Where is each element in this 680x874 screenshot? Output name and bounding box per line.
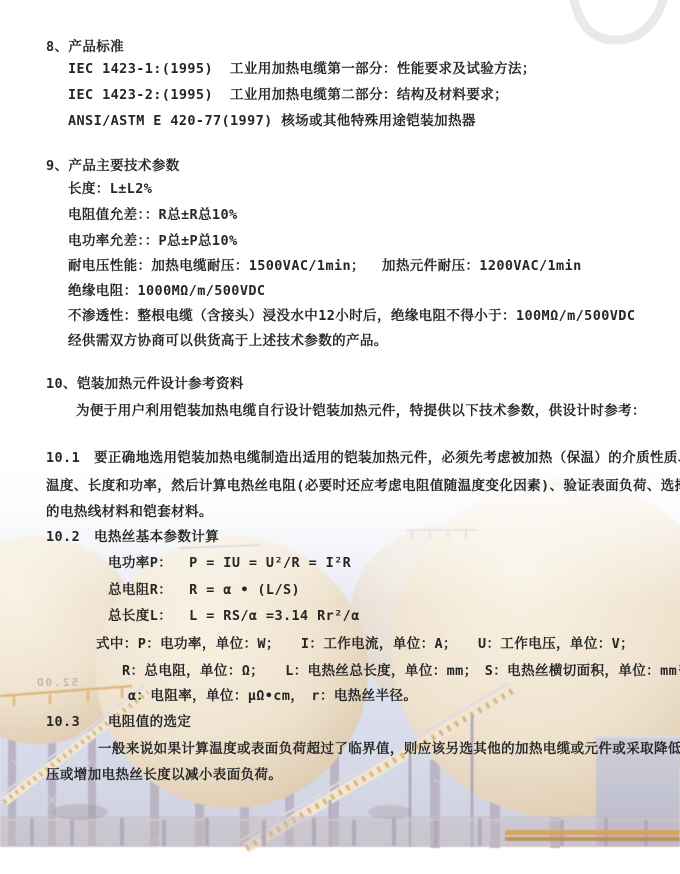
formula-power: 电功率P： P = IU = U²/R = I²R bbox=[108, 555, 351, 571]
standard-iec-1423-1: IEC 1423-1:(1995) 工业用加热电缆第一部分：性能要求及试验方法； bbox=[68, 61, 536, 77]
param-length: 长度：L±L2% bbox=[68, 181, 152, 197]
param-insulation-resistance: 绝缘电阻：1000MΩ/m/500VDC bbox=[68, 283, 265, 299]
param-resistance-tolerance: 电阻值允差：：R总±R总10% bbox=[68, 207, 238, 223]
para-10-1-line3: 的电热线材料和铠套材料。 bbox=[46, 504, 213, 520]
param-negotiation-note: 经供需双方协商可以供货高于上述技术参数的产品。 bbox=[68, 333, 388, 349]
section-8-heading: 8、产品标准 bbox=[46, 39, 124, 55]
formula-legend-line3: α：电阻率，单位：μΩ•cm， r：电热丝半径。 bbox=[128, 688, 417, 704]
para-10-3-line1: 一般来说如果计算温度或表面负荷超过了临界值，则应该另选其他的加热电缆或元件或采取… bbox=[98, 741, 680, 757]
formula-length: 总长度L： L = RS/α =3.14 Rr²/α bbox=[108, 608, 360, 624]
param-withstand-voltage: 耐电压性能：加热电缆耐压：1500VAC/1min； 加热元件耐压：1200VA… bbox=[68, 258, 582, 274]
param-impermeability: 不渗透性：整根电缆（含接头）浸没水中12小时后，绝缘电阻不得小于：100MΩ/m… bbox=[68, 308, 635, 324]
section-10-heading: 10、铠装加热元件设计参考资料 bbox=[46, 376, 244, 392]
section-10-intro: 为便于用户利用铠装加热电缆自行设计铠装加热元件，特提供以下技术参数，供设计时参考… bbox=[76, 403, 646, 419]
para-10-1-line1: 10.1 要正确地选用铠装加热电缆制造出适用的铠装加热元件，必须先考虑被加热（保… bbox=[46, 450, 680, 466]
section-10-2-heading: 10.2 电热丝基本参数计算 bbox=[46, 529, 219, 545]
section-10-3-heading: 10.3 电阻值的选定 bbox=[46, 714, 191, 730]
formula-resistance: 总电阻R： R = α • (L/S) bbox=[108, 582, 300, 598]
standard-ansi-astm: ANSI/ASTM E 420-77(1997) 核场或其他特殊用途铠装加热器 bbox=[68, 113, 476, 129]
param-power-tolerance: 电功率允差：：P总±P总10% bbox=[68, 233, 238, 249]
section-9-heading: 9、产品主要技术参数 bbox=[46, 158, 180, 174]
para-10-1-line2: 温度、长度和功率，然后计算电热丝电阻(必要时还应考虑电阻值随温度变化因素)、验证… bbox=[46, 478, 680, 494]
formula-legend-line1: 式中：P：电功率，单位：W； I：工作电流，单位：A； U：工作电压，单位：V； bbox=[96, 636, 634, 652]
standard-iec-1423-2: IEC 1423-2:(1995) 工业用加热电缆第二部分：结构及材料要求； bbox=[68, 87, 508, 103]
document-page: 52.0D 8、产品标准 IEC 1423-1:(1995) 工业用加热电缆第一… bbox=[0, 0, 680, 874]
document-text: 8、产品标准 IEC 1423-1:(1995) 工业用加热电缆第一部分：性能要… bbox=[0, 0, 680, 874]
formula-legend-line2: R：总电阻，单位：Ω； L：电热丝总长度，单位：mm； S：电热丝横切面积，单位… bbox=[122, 663, 680, 679]
para-10-3-line2: 压或增加电热丝长度以减小表面负荷。 bbox=[46, 767, 282, 783]
